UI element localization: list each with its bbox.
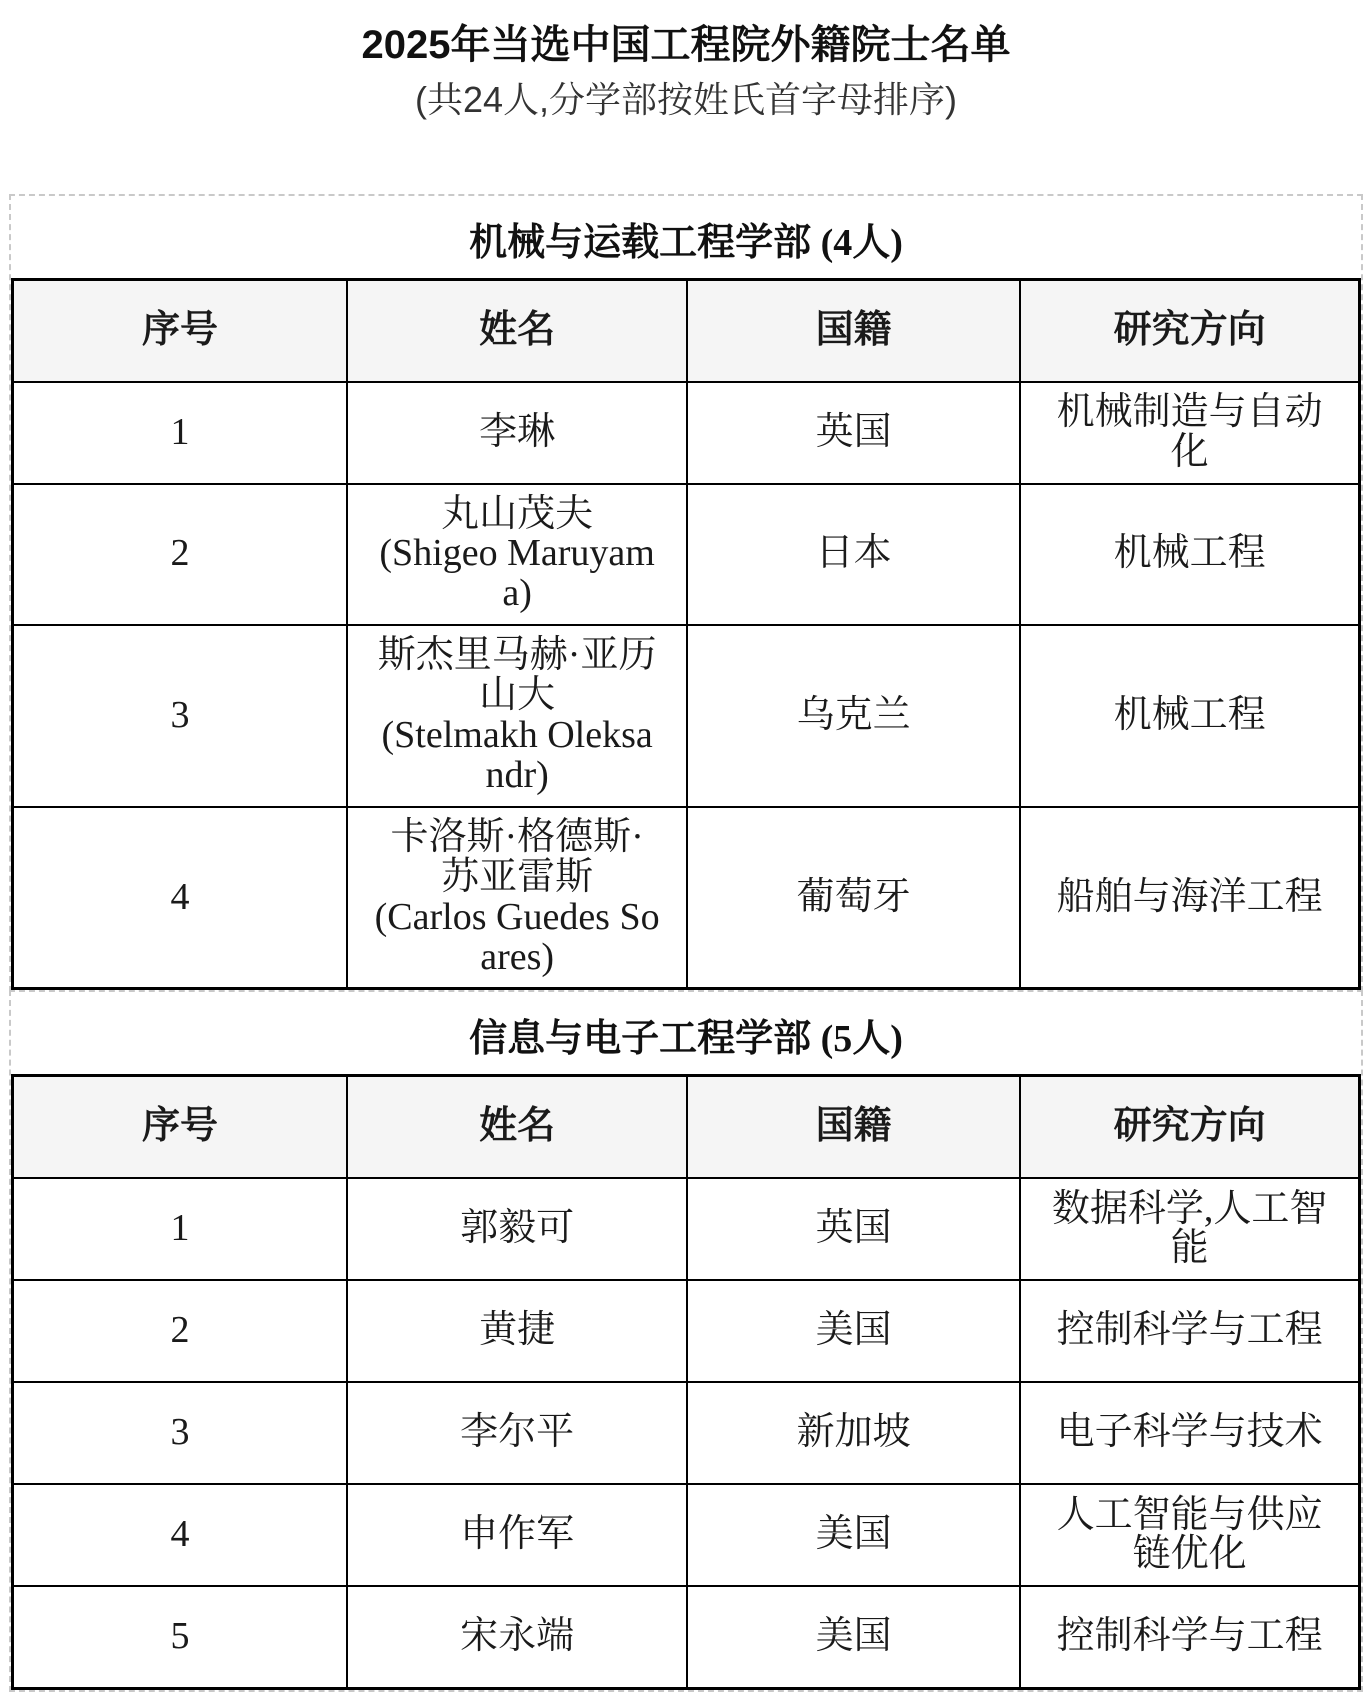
table-row: 2 丸山茂夫 (Shigeo Maruyama) 日本 机械工程	[13, 484, 1360, 626]
cell-nationality: 美国	[687, 1484, 1020, 1586]
cell-name: 郭毅可	[347, 1178, 687, 1280]
table-row: 3 斯杰里马赫·亚历山大 (Stelmakh Oleksandr) 乌克兰 机械…	[13, 625, 1360, 807]
header-cell-no: 序号	[13, 279, 348, 382]
header-cell-nationality: 国籍	[687, 1076, 1020, 1179]
cell-field: 机械制造与自动化	[1020, 382, 1359, 484]
cell-field: 机械工程	[1020, 484, 1359, 626]
cell-nationality: 葡萄牙	[687, 807, 1020, 989]
roster-table: 序号 姓名 国籍 研究方向 1 郭毅可 英国 数据科学,人工智能 2 黄捷 美国…	[11, 1074, 1361, 1690]
cell-name: 李琳	[347, 382, 687, 484]
table-header-row: 序号 姓名 国籍 研究方向	[13, 1076, 1360, 1179]
cell-name: 卡洛斯·格德斯·苏亚雷斯 (Carlos Guedes Soares)	[347, 807, 687, 989]
page-subtitle: (共24人,分学部按姓氏首字母排序)	[0, 80, 1372, 120]
cell-nationality: 新加坡	[687, 1382, 1020, 1484]
cell-no: 5	[13, 1586, 348, 1689]
cell-no: 1	[13, 1178, 348, 1280]
cell-no: 2	[13, 1280, 348, 1382]
cell-nationality: 日本	[687, 484, 1020, 626]
cell-name: 宋永端	[347, 1586, 687, 1689]
cell-no: 1	[13, 382, 348, 484]
table-header-row: 序号 姓名 国籍 研究方向	[13, 279, 1360, 382]
department-section: 机械与运载工程学部 (4人) 序号 姓名 国籍 研究方向 1 李琳 英国 机械制…	[9, 194, 1363, 993]
cell-no: 3	[13, 625, 348, 807]
cell-no: 3	[13, 1382, 348, 1484]
cell-nationality: 乌克兰	[687, 625, 1020, 807]
header-cell-nationality: 国籍	[687, 279, 1020, 382]
cell-field: 控制科学与工程	[1020, 1280, 1359, 1382]
table-body: 1 李琳 英国 机械制造与自动化 2 丸山茂夫 (Shigeo Maruyama…	[13, 382, 1360, 989]
header-cell-no: 序号	[13, 1076, 348, 1179]
cell-name: 申作军	[347, 1484, 687, 1586]
header-cell-name: 姓名	[347, 1076, 687, 1179]
table-row: 4 卡洛斯·格德斯·苏亚雷斯 (Carlos Guedes Soares) 葡萄…	[13, 807, 1360, 989]
department-section: 信息与电子工程学部 (5人) 序号 姓名 国籍 研究方向 1 郭毅可 英国 数据…	[9, 990, 1363, 1692]
header-cell-field: 研究方向	[1020, 1076, 1359, 1179]
cell-nationality: 美国	[687, 1586, 1020, 1689]
table-row: 1 郭毅可 英国 数据科学,人工智能	[13, 1178, 1360, 1280]
cell-no: 2	[13, 484, 348, 626]
roster-table: 序号 姓名 国籍 研究方向 1 李琳 英国 机械制造与自动化 2 丸山茂夫 (S…	[11, 278, 1361, 991]
cell-no: 4	[13, 1484, 348, 1586]
cell-nationality: 英国	[687, 382, 1020, 484]
cell-field: 人工智能与供应链优化	[1020, 1484, 1359, 1586]
table-row: 1 李琳 英国 机械制造与自动化	[13, 382, 1360, 484]
cell-field: 机械工程	[1020, 625, 1359, 807]
table-row: 2 黄捷 美国 控制科学与工程	[13, 1280, 1360, 1382]
cell-field: 数据科学,人工智能	[1020, 1178, 1359, 1280]
table-row: 3 李尔平 新加坡 电子科学与技术	[13, 1382, 1360, 1484]
header-cell-field: 研究方向	[1020, 279, 1359, 382]
section-heading: 机械与运载工程学部 (4人)	[11, 196, 1361, 278]
cell-name: 李尔平	[347, 1382, 687, 1484]
table-row: 4 申作军 美国 人工智能与供应链优化	[13, 1484, 1360, 1586]
cell-name: 丸山茂夫 (Shigeo Maruyama)	[347, 484, 687, 626]
sections-container: 机械与运载工程学部 (4人) 序号 姓名 国籍 研究方向 1 李琳 英国 机械制…	[0, 194, 1372, 1693]
cell-field: 控制科学与工程	[1020, 1586, 1359, 1689]
page-header: 2025年当选中国工程院外籍院士名单 (共24人,分学部按姓氏首字母排序)	[0, 0, 1372, 120]
cell-field: 船舶与海洋工程	[1020, 807, 1359, 989]
page-title: 2025年当选中国工程院外籍院士名单	[0, 22, 1372, 68]
cell-nationality: 英国	[687, 1178, 1020, 1280]
cell-field: 电子科学与技术	[1020, 1382, 1359, 1484]
table-row: 5 宋永端 美国 控制科学与工程	[13, 1586, 1360, 1689]
cell-name: 斯杰里马赫·亚历山大 (Stelmakh Oleksandr)	[347, 625, 687, 807]
header-cell-name: 姓名	[347, 279, 687, 382]
section-heading: 信息与电子工程学部 (5人)	[11, 992, 1361, 1074]
cell-no: 4	[13, 807, 348, 989]
cell-name: 黄捷	[347, 1280, 687, 1382]
table-body: 1 郭毅可 英国 数据科学,人工智能 2 黄捷 美国 控制科学与工程 3 李尔平…	[13, 1178, 1360, 1689]
cell-nationality: 美国	[687, 1280, 1020, 1382]
